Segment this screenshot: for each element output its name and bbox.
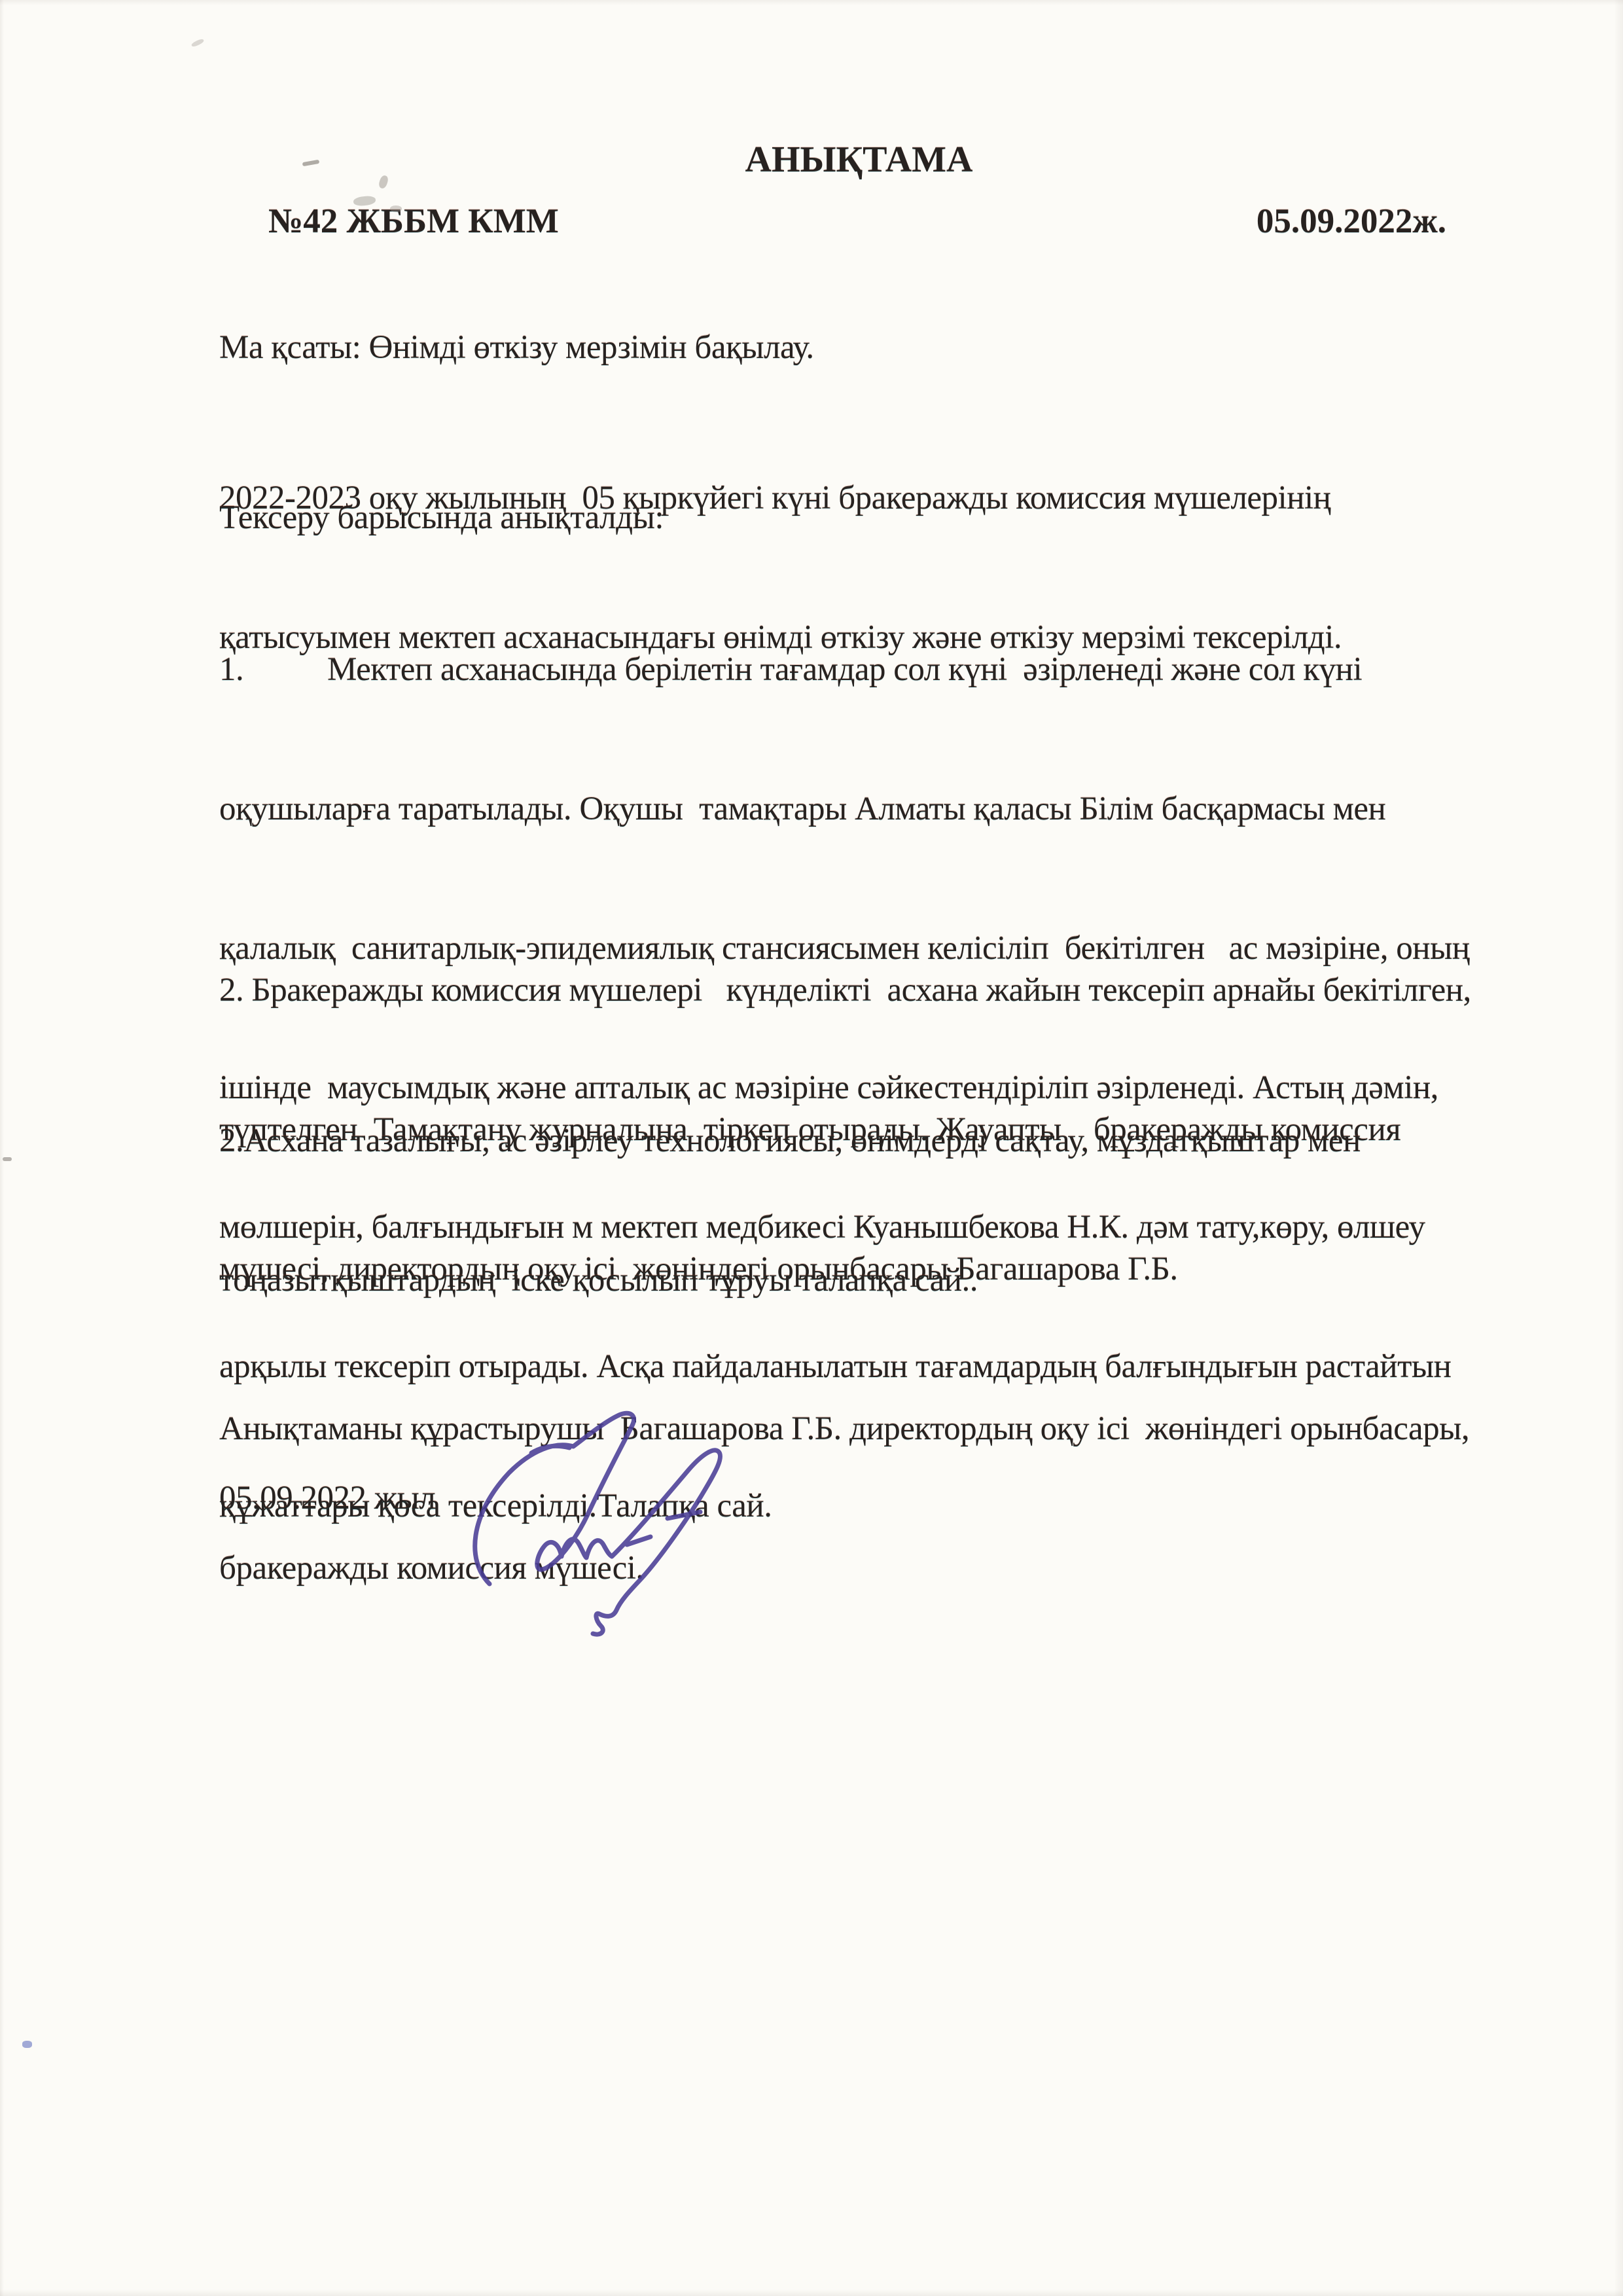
scan-artifact [390,206,402,212]
body-line: тоңазытқыштардың іске қосылып тұруы тала… [219,1257,1361,1304]
list-number: 1. [219,647,327,693]
scanned-document-page: АНЫҚТАМА №42 ЖББМ КММ 05.09.2022ж. Ма қс… [0,0,1623,2296]
organization-name: №42 ЖББМ КММ [219,202,559,241]
document-title: АНЫҚТАМА [219,139,1499,181]
body-line: 2. Бракеражды комиссия мүшелері күнделік… [219,967,1471,1014]
findings-heading: Тексеру барысында анықталды: [219,495,664,541]
body-line: оқушыларға таратылады. Оқушы тамақтары А… [219,786,1470,833]
finding-item-1-first-line: 1.Мектеп асханасында берілетін тағамдар … [219,647,1470,693]
header-date: 05.09.2022ж. [1257,202,1499,241]
finding-item-1-text: Мектеп асханасында берілетін тағамдар со… [327,651,1362,688]
signature [380,1380,746,1655]
scan-artifact [22,2041,32,2048]
body-line: 2.Асхана тазалығы, ас әзірлеу технология… [219,1118,1361,1164]
purpose-line: Ма қсаты: Өнімді өткізу мерзімін бақылау… [219,325,814,371]
document-header-row: №42 ЖББМ КММ 05.09.2022ж. [219,202,1499,241]
scan-artifact [3,1157,12,1161]
scan-artifact [190,38,204,48]
